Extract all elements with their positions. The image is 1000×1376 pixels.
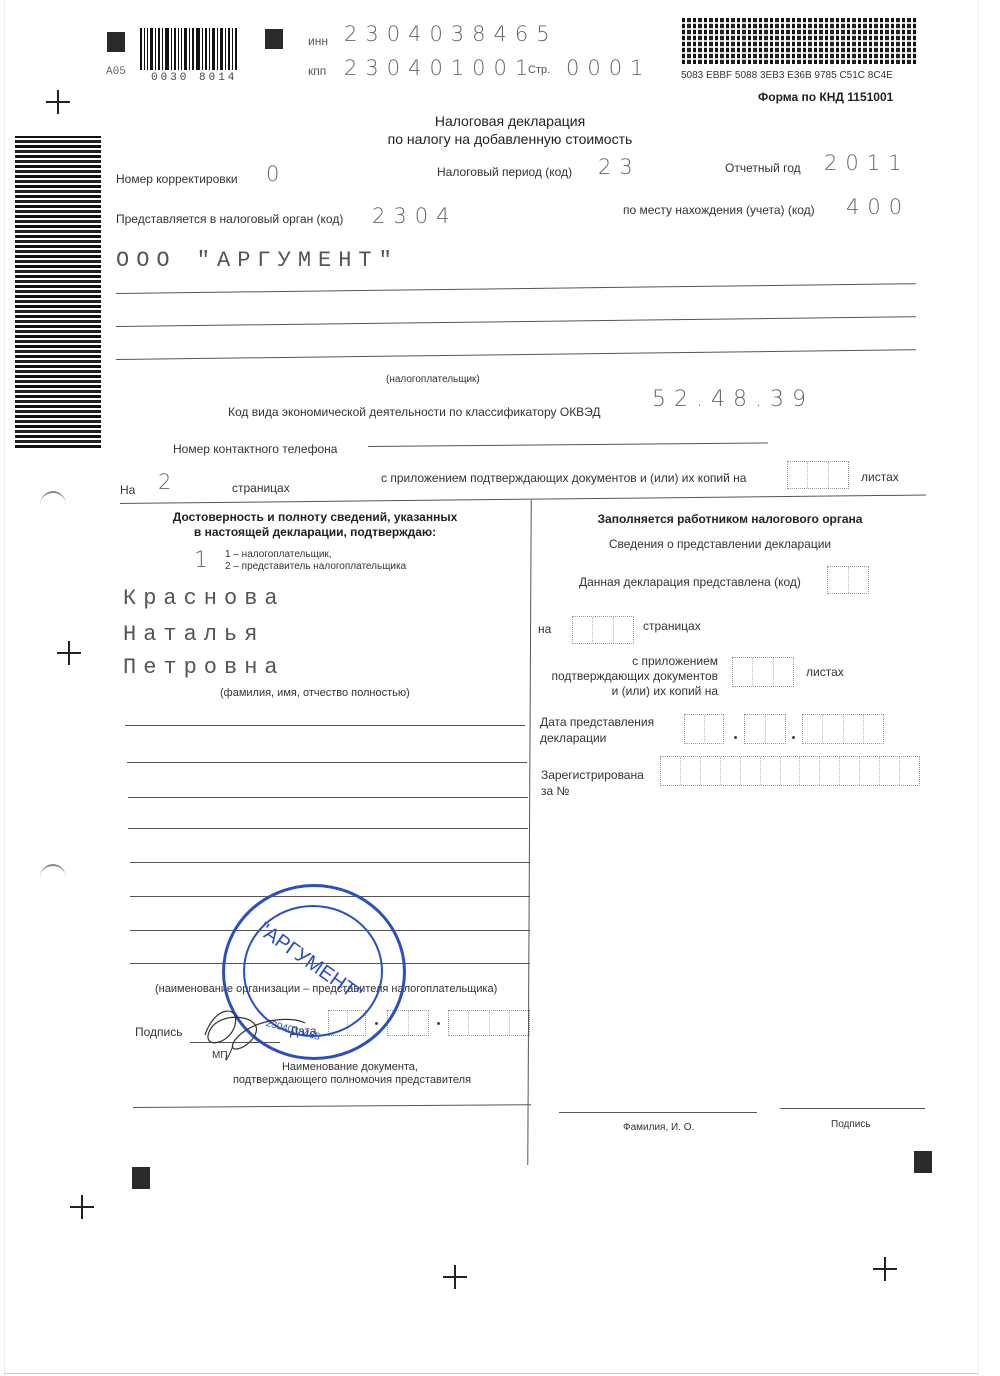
office-attachments-line-2: подтверждающих документов xyxy=(540,669,718,683)
date-separator xyxy=(792,736,795,739)
phone-field-line[interactable] xyxy=(368,443,768,447)
period-value[interactable]: 23 xyxy=(598,155,641,179)
column-divider xyxy=(527,500,531,1165)
okved-label: Код вида экономической деятельности по к… xyxy=(228,405,601,419)
office-subheading: Сведения о представлении декларации xyxy=(530,537,910,551)
punch-hole-mark xyxy=(40,864,66,892)
signer-option-1: 1 – налогоплательщик, xyxy=(225,549,332,560)
phone-label: Номер контактного телефона xyxy=(173,442,337,456)
office-attachments-input[interactable] xyxy=(732,657,794,687)
kpp-value: 230401001 xyxy=(344,56,536,80)
signer-name[interactable]: Наталья xyxy=(123,622,264,647)
crosshair-mark xyxy=(70,1195,94,1219)
authority-label: Представляется в налоговый орган (код) xyxy=(116,212,343,226)
handwritten-signature xyxy=(195,995,315,1070)
taxpayer-name[interactable]: ООО "АРГУМЕНТ" xyxy=(116,248,399,273)
page-edge-left xyxy=(4,0,5,1376)
attachments-sheets-input[interactable] xyxy=(787,461,849,489)
page-label: Стр. xyxy=(528,64,550,76)
location-label: по месту нахождения (учета) (код) xyxy=(623,203,815,217)
fio-caption: (фамилия, имя, отчество полностью) xyxy=(220,687,410,699)
page-edge-right xyxy=(978,0,979,1376)
office-surname-line[interactable] xyxy=(559,1112,757,1113)
submission-year-input[interactable] xyxy=(802,714,884,744)
registration-marker-bottom-right xyxy=(914,1151,932,1173)
registered-line-1: Зарегистрирована xyxy=(541,768,644,782)
crosshair-mark xyxy=(443,1265,467,1289)
year-label: Отчетный год xyxy=(725,161,801,175)
date-year-input[interactable] xyxy=(448,1010,530,1036)
submission-date-line-1: Дата представления xyxy=(540,715,654,729)
page-edge-bottom xyxy=(4,1373,978,1374)
office-heading: Заполняется работником налогового органа xyxy=(540,512,920,526)
authority-value[interactable]: 2304 xyxy=(372,204,457,228)
doc-line xyxy=(133,1104,531,1108)
taxpayer-line-3 xyxy=(116,349,916,360)
correction-label: Номер корректировки xyxy=(116,172,238,186)
crosshair-mark xyxy=(873,1257,897,1281)
confirm-heading-line-1: Достоверность и полноту сведений, указан… xyxy=(130,510,500,524)
year-value[interactable]: 2011 xyxy=(824,151,909,175)
2d-barcode-top xyxy=(682,18,918,64)
signer-surname[interactable]: Краснова xyxy=(123,586,285,611)
taxpayer-line-2 xyxy=(116,316,916,327)
form-code: Форма по КНД 1151001 xyxy=(758,90,893,104)
pages-value[interactable]: 2 xyxy=(158,470,179,494)
okved-value[interactable]: 52.48.39 xyxy=(652,387,814,412)
title-line-1: Налоговая декларация xyxy=(310,113,710,129)
inn-label: ИНН xyxy=(308,34,328,48)
period-label: Налоговый период (код) xyxy=(437,165,572,179)
office-pages-suffix: страницах xyxy=(643,619,701,633)
submitted-code-label: Данная декларация представлена (код) xyxy=(579,575,801,589)
submission-day-input[interactable] xyxy=(684,714,724,744)
office-attachments-line-3: и (или) их копий на xyxy=(540,684,718,698)
section-divider xyxy=(120,495,926,504)
punch-hole-mark xyxy=(40,491,66,519)
signature-label: Подпись xyxy=(135,1025,183,1039)
org-line-3 xyxy=(128,797,528,798)
confirm-heading-line-2: в настоящей декларации, подтверждаю: xyxy=(130,525,500,539)
registration-marker-bottom-left xyxy=(132,1167,150,1189)
org-line-5 xyxy=(130,862,530,863)
signer-option-2: 2 – представитель налогоплательщика xyxy=(225,561,406,572)
office-signature-caption: Подпись xyxy=(831,1119,871,1130)
date-separator xyxy=(734,736,737,739)
office-pages-input[interactable] xyxy=(572,616,634,644)
barcode-number: 0030 8014 xyxy=(151,72,237,84)
registration-marker-top-left xyxy=(107,32,125,52)
submission-month-input[interactable] xyxy=(744,714,786,744)
office-surname-caption: Фамилия, И. О. xyxy=(623,1122,694,1133)
org-line-1 xyxy=(125,725,525,726)
office-signature-line[interactable] xyxy=(780,1108,925,1109)
inn-value: 2304038465 xyxy=(344,22,558,46)
crosshair-mark xyxy=(57,641,81,665)
date-separator xyxy=(437,1022,440,1025)
taxpayer-caption: (налогоплательщик) xyxy=(386,374,480,385)
signer-patronymic[interactable]: Петровна xyxy=(123,655,285,680)
taxpayer-line-1 xyxy=(116,283,916,294)
linear-barcode xyxy=(140,28,239,70)
series-code: A05 xyxy=(106,66,126,78)
office-attachments-line-1: с приложением xyxy=(540,654,718,668)
doc-caption-line-2: подтверждающего полномочия представителя xyxy=(212,1074,492,1086)
attachments-suffix: листах xyxy=(861,470,899,484)
page-value: 0001 xyxy=(566,56,651,80)
crosshair-mark xyxy=(46,90,70,114)
2d-barcode-left xyxy=(15,136,101,448)
office-attachments-suffix: листах xyxy=(806,665,844,679)
kpp-label: КПП xyxy=(308,64,326,78)
registered-line-2: за № xyxy=(541,784,569,798)
submission-date-line-2: декларации xyxy=(540,731,606,745)
location-value[interactable]: 400 xyxy=(846,195,910,219)
submitted-code-input[interactable] xyxy=(827,566,869,594)
attachments-label: с приложением подтверждающих документов … xyxy=(381,471,746,485)
title-line-2: по налогу на добавленную стоимость xyxy=(310,131,710,147)
registration-number-input[interactable] xyxy=(660,756,920,786)
pages-prefix: На xyxy=(120,483,135,497)
office-pages-prefix: на xyxy=(538,622,551,636)
signer-type-value[interactable]: 1 xyxy=(194,548,216,573)
hash-code: 5083 EBBF 5088 3EB3 E36B 9785 C51C 8C4E xyxy=(681,70,893,81)
registration-marker-top-middle xyxy=(265,29,283,49)
org-line-4 xyxy=(128,828,528,829)
pages-suffix: страницах xyxy=(232,481,290,495)
org-line-2 xyxy=(127,762,527,763)
correction-value[interactable]: 0 xyxy=(266,162,287,186)
